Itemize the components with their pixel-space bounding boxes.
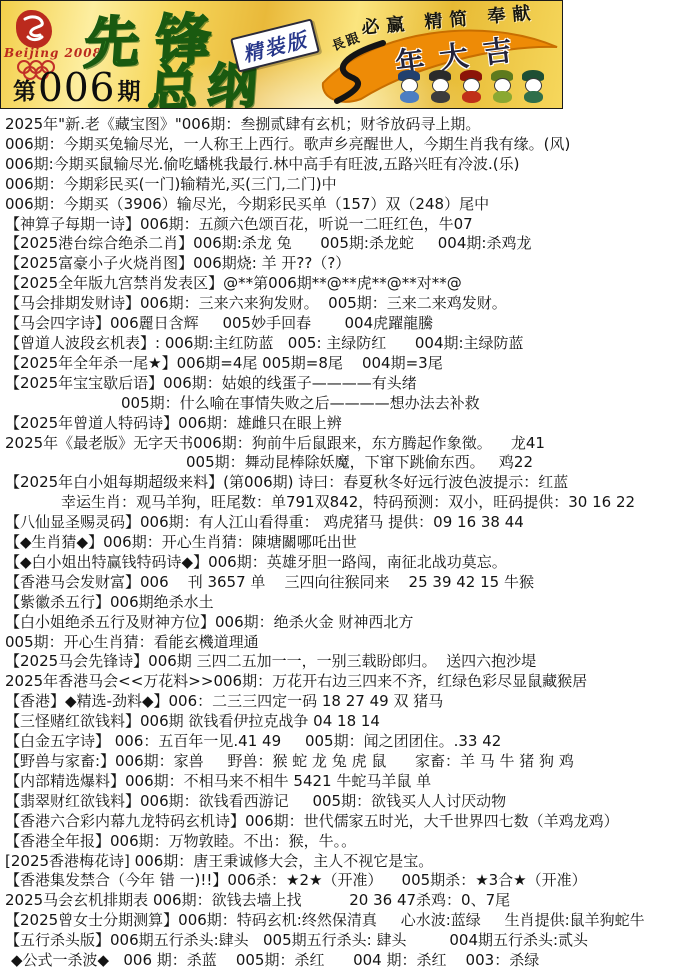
text-line: 【◆白小姐出特赢钱特码诗◆】006期：英雄牙胆一路闯，南征北战功莫忘。 [3, 553, 688, 573]
fuwa-mascot-icon [459, 70, 483, 106]
text-line: 【马会四字诗】006麗日含辉 005妙手回春 004虎躍龍騰 [3, 314, 688, 334]
text-line: 【翡翠财红欲钱料】006期：欲钱看西游记 005期：欲钱买人人讨厌动物 [3, 792, 688, 812]
text-line: 【五行杀头版】006期五行杀头:肆头 005期五行杀头: 肆头 004期五行杀头… [3, 931, 688, 951]
text-line: 【2025全年版九宫禁肖发表区】@**第006期**@**虎**@**对**@ [3, 274, 688, 294]
text-line: 【2025马会先锋诗】006期 三四二五加一一，一别三载盼郎归。 送四六抱沙堤 [3, 652, 688, 672]
dancing-figure-icon [18, 13, 50, 45]
masthead-banner: Beijing 2008 第 006 期 先锋 总纲 精装版 必赢 精简 奉献 … [0, 0, 563, 109]
text-line: 【香港六合彩内幕九龙特码玄机诗】006期：世代儒家五时光，大千世界四七数（羊鸡龙… [3, 812, 688, 832]
fuwa-mascot-icon [490, 70, 514, 106]
text-line: 005期：舞动昆棒除妖魔，下窜下跳偷东西。 鸡22 [3, 453, 688, 473]
text-line: 【2025富豪小子火烧肖图】006期烧: 羊 开??（?） [3, 254, 688, 274]
beijing-2008-wordmark: Beijing 2008 [4, 46, 94, 60]
text-line: 006期:今期买鼠输尽光.偷吃蟠桃我最行.林中高手有旺波,五路兴旺有冷波.(乐) [3, 155, 688, 175]
text-line: 【香港集发禁合（今年 错 一)!!】006杀：★2★（开准） 005期杀：★3合… [3, 871, 688, 891]
text-line: [2025香港梅花诗] 006期：唐王秉诚修大会，主人不视它是宝。 [3, 852, 688, 872]
text-line: 【神算子每期一诗】006期：五颜六色颂百花，听说一二旺红色，牛07 [3, 215, 688, 235]
text-line: 【香港全年报】006期：万物敦睦。不出：猴，牛。。 [3, 832, 688, 852]
text-line: 【2025港台综合绝杀二肖】006期:杀龙 兔 005期:杀龙蛇 004期:杀鸡… [3, 234, 688, 254]
text-line: 【三怪赌红欲钱料】006期 欲钱看伊拉克战争 04 18 14 [3, 712, 688, 732]
text-line: 【白金五字诗】 006：五百年一见.41 49 005期：闻之团团住。.33 4… [3, 732, 688, 752]
text-line: 006期：今期买（3906）输尽光，今期彩民买单（157）双（248）尾中 [3, 195, 688, 215]
text-line: 006期：今期买兔输尽光，一人称王上西行。歌声乡亮醒世人，今期生肖我有缘。(风) [3, 135, 688, 155]
text-line: 2025年"新.老《藏宝图》"006期：叁捌贰肆有玄机；财爷放码寻上期。 [3, 115, 688, 135]
text-line: 【香港马会发财富】006 刊 3657 单 三四向往猴同来 25 39 42 1… [3, 573, 688, 593]
text-line: 2025年《最老版》无字天书006期：狗前牛后鼠跟来，东方腾起作象徵。 龙41 [3, 434, 688, 454]
text-line: 006期：今期彩民买(一门)输精光,买(三门,二门)中 [3, 175, 688, 195]
fuwa-mascot-icon [521, 70, 545, 106]
text-line: 【2025曾女士分期测算】006期：特码玄机:终然保清真 心水波:蓝绿 生肖提供… [3, 911, 688, 931]
edition-badge: 精装版 [230, 18, 320, 72]
text-line: 2025年香港马会<<万花料>>006期：万花开右边三四来不齐，红绿色彩尽显鼠藏… [3, 672, 688, 692]
text-line: ◆公式一杀波◆ 006 期：杀蓝 005期：杀红 004 期：杀红 003：杀绿 [3, 951, 688, 971]
text-line: 2025马会玄机排期表 006期：欲钱去墙上找 20 36 47杀鸡：0、7尾 [3, 891, 688, 911]
calligraphy-swoosh-icon [321, 39, 393, 107]
text-line: 【2025年全年杀一尾★】006期=4尾 005期=8尾 004期=3尾 [3, 354, 688, 374]
text-line: 【2025年宝宝歇后语】006期：姑娘的线蛋子————有头绪 [3, 374, 688, 394]
issue-prefix: 第 [13, 73, 36, 106]
beijing-2008-seal-icon [16, 10, 52, 48]
text-line: 005期：开心生肖猜：看能玄機道理通 [3, 633, 688, 653]
text-line: 【香港】◆精选-劲料◆】006：二三三四定一码 18 27 49 双 猪马 [3, 692, 688, 712]
text-line: 【内部精选爆料】006期：不相马来不相牛 5421 牛蛇马羊鼠 单 [3, 772, 688, 792]
text-line: 【2025年曾道人特码诗】006期：雄雌只在眼上辨 [3, 414, 688, 434]
text-line: 【白小姐绝杀五行及财神方位】006期：绝杀火金 财神西北方 [3, 613, 688, 633]
text-line: 【2025年白小姐每期超级来料】(第006期) 诗曰：春夏秋冬好远行波色波提示：… [3, 473, 688, 493]
text-line: 【曾道人波段玄机表】: 006期:主红防蓝 005: 主绿防红 004期:主绿防… [3, 334, 688, 354]
text-line: 【马会排期发财诗】006期：三来六来狗发财。 005期：三来二来鸡发财。 [3, 294, 688, 314]
text-line: 【八仙显圣赐灵码】006期：有人江山看得重： 鸡虎猪马 提供：09 16 38 … [3, 513, 688, 533]
issue-suffix: 期 [117, 73, 140, 106]
fuwa-mascot-icon [428, 70, 452, 106]
tips-text-block: 2025年"新.老《藏宝图》"006期：叁捌贰肆有玄机；财爷放码寻上期。006期… [0, 115, 688, 971]
text-line: 幸运生肖：观马羊狗，旺尾数：单791双842，特码预测：双小，旺码提供：30 1… [3, 493, 688, 513]
text-line: 【紫徽杀五行】006期绝杀水土 [3, 593, 688, 613]
text-line: 005期：什么喻在事情失败之后————想办法去补救 [3, 394, 688, 414]
text-line: 【◆生肖猜◆】006期：开心生肖猜：陳塘關哪吒出世 [3, 533, 688, 553]
page: { "header": { "wordmark": "Beijing 2008"… [0, 0, 688, 975]
text-line: 【野兽与家畜:】006期：家兽 野兽：猴 蛇 龙 兔 虎 鼠 家畜：羊 马 牛 … [3, 752, 688, 772]
fuwa-mascots-row [397, 70, 545, 106]
fuwa-mascot-icon [397, 70, 421, 106]
